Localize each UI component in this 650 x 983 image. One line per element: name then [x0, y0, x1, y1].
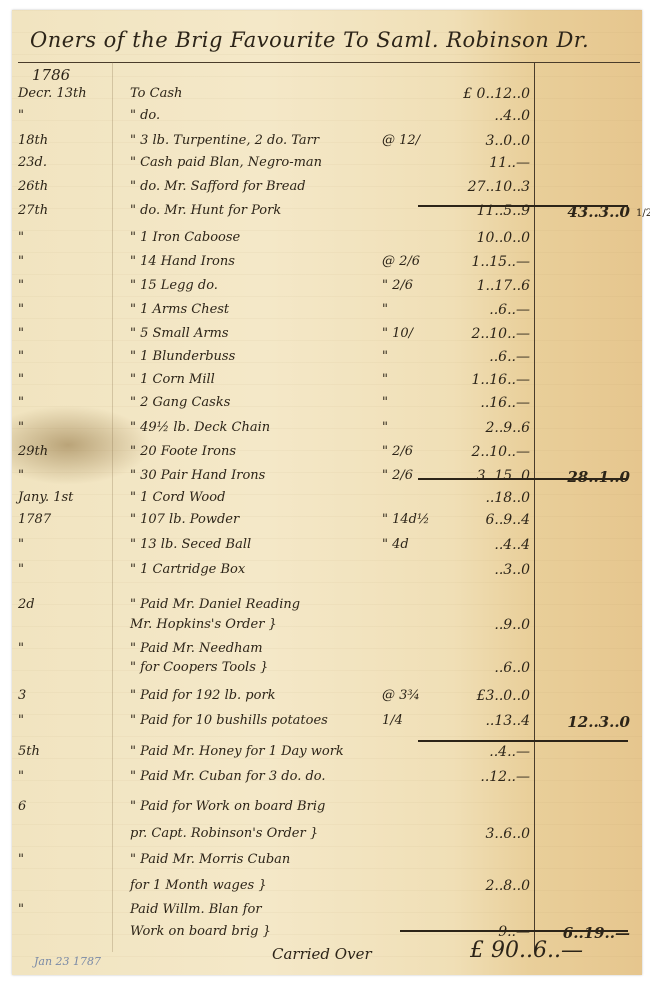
entry-description: " Paid Mr. Honey for 1 Day work	[130, 744, 344, 759]
entry-date: 18th	[18, 133, 108, 148]
entry-amount: ..4..—	[440, 744, 530, 760]
ledger-row: 23d." Cash paid Blan, Negro-man11..—	[0, 155, 650, 177]
ledger-row: 1787" 107 lb. Powder" 14d½6..9..4	[0, 512, 650, 534]
entry-rate: " 2/6	[382, 468, 446, 483]
entry-amount: ..13..4	[440, 713, 530, 729]
entry-date: "	[18, 769, 108, 784]
year-heading: 1786	[32, 66, 70, 84]
entry-rate: "	[382, 349, 446, 364]
ledger-row: "" do...4..0	[0, 108, 650, 130]
ledger-row: "" 15 Legg do." 2/61..17..6	[0, 278, 650, 300]
entry-description: " Cash paid Blan, Negro-man	[130, 155, 322, 170]
entry-amount: £ 0..12..0	[440, 86, 530, 102]
entry-date: "	[18, 230, 108, 245]
entry-date: 29th	[18, 444, 108, 459]
entry-date: "	[18, 902, 108, 917]
ledger-row: "Paid Willm. Blan for	[0, 902, 650, 924]
entry-amount: ..4..0	[440, 108, 530, 124]
entry-amount: 2..9..6	[440, 420, 530, 436]
entry-amount: 3..6..0	[440, 826, 530, 842]
entry-description: " 1 Cartridge Box	[130, 562, 245, 577]
ledger-title: Oners of the Brig Favourite To Saml. Rob…	[30, 28, 589, 52]
entry-date: "	[18, 537, 108, 552]
entry-amount: ..12..—	[440, 769, 530, 785]
entry-amount: £3..0..0	[440, 688, 530, 704]
entry-date: "	[18, 852, 108, 867]
entry-date: "	[18, 395, 108, 410]
entry-rate: "	[382, 395, 446, 410]
entry-description: " Paid for 192 lb. pork	[130, 688, 276, 703]
entry-date: "	[18, 468, 108, 483]
entry-rate: " 14d½	[382, 512, 446, 527]
entry-description: " Paid Mr. Morris Cuban	[130, 852, 290, 867]
ledger-row: 5th" Paid Mr. Honey for 1 Day work..4..—	[0, 744, 650, 766]
entry-rate: 1/4	[382, 713, 446, 728]
subtotal-rule	[400, 930, 628, 932]
entry-rate: @ 3¾	[382, 688, 446, 703]
entry-amount: ..9..0	[440, 617, 530, 633]
entry-date: 2d	[18, 597, 108, 612]
ledger-row: "" 1 Arms Chest"..6..—	[0, 302, 650, 324]
entry-rate: "	[382, 372, 446, 387]
entry-rate: " 2/6	[382, 444, 446, 459]
ledger-row: "" 2 Gang Casks"..16..—	[0, 395, 650, 417]
ledger-row: pr. Capt. Robinson's Order }3..6..0	[0, 826, 650, 848]
entry-description: " 1 Iron Caboose	[130, 230, 240, 245]
entry-date: "	[18, 278, 108, 293]
entry-description: " Paid for 10 bushills potatoes	[130, 713, 328, 728]
ledger-row: "" Paid Mr. Cuban for 3 do. do...12..—	[0, 769, 650, 791]
entry-date: "	[18, 372, 108, 387]
archival-stamp: Jan 23 1787	[34, 955, 101, 968]
entry-subtotal: 28..1..0	[540, 468, 630, 486]
ledger-row: "" 5 Small Arms" 10/2..10..—	[0, 326, 650, 348]
entry-amount: 6..9..4	[440, 512, 530, 528]
ledger-row: 3" Paid for 192 lb. pork@ 3¾£3..0..0	[0, 688, 650, 710]
entry-amount: 1..16..—	[440, 372, 530, 388]
entry-description: To Cash	[130, 86, 182, 101]
entry-description: " do. Mr. Safford for Bread	[130, 179, 306, 194]
ledger-row: "" Paid for 10 bushills potatoes1/4..13.…	[0, 713, 650, 735]
entry-description: " 30 Pair Hand Irons	[130, 468, 265, 483]
entry-subtotal: 12..3..0	[540, 713, 630, 731]
entry-description: for 1 Month wages }	[130, 878, 267, 893]
entry-description: " 5 Small Arms	[130, 326, 229, 341]
subtotal-rule	[418, 205, 628, 207]
entry-rate: " 2/6	[382, 278, 446, 293]
entry-description: Mr. Hopkins's Order }	[130, 617, 277, 632]
entry-date: "	[18, 108, 108, 123]
subtotal-rule	[418, 740, 628, 742]
entry-rate: @ 12/	[382, 133, 446, 148]
entry-description: " 49½ lb. Deck Chain	[130, 420, 270, 435]
ledger-row: Decr. 13thTo Cash£ 0..12..0	[0, 86, 650, 108]
entry-date: "	[18, 349, 108, 364]
entry-description: " 107 lb. Powder	[130, 512, 239, 527]
entry-description: " do.	[130, 108, 160, 123]
entry-amount: 2..10..—	[440, 326, 530, 342]
entry-date: 1787	[18, 512, 108, 527]
entry-description: pr. Capt. Robinson's Order }	[130, 826, 318, 841]
entry-description: " 2 Gang Casks	[130, 395, 230, 410]
ledger-row: "" 1 Cartridge Box..3..0	[0, 562, 650, 584]
entry-description: " Paid for Work on board Brig	[130, 799, 325, 814]
entry-amount: ..3..0	[440, 562, 530, 578]
ledger-row: 6" Paid for Work on board Brig	[0, 799, 650, 821]
ledger-row: 2d" Paid Mr. Daniel Reading	[0, 597, 650, 619]
entry-rate: " 4d	[382, 537, 446, 552]
ledger-row: "" 14 Hand Irons@ 2/61..15..—	[0, 254, 650, 276]
entry-date: 27th	[18, 203, 108, 218]
entry-amount: 2..8..0	[440, 878, 530, 894]
entry-rate: " 10/	[382, 326, 446, 341]
entry-amount: 27..10..3	[440, 179, 530, 195]
entry-rate: "	[382, 302, 446, 317]
ledger-row: "" Paid Mr. Morris Cuban	[0, 852, 650, 874]
entry-description: " 1 Cord Wood	[130, 490, 225, 505]
entry-date: "	[18, 641, 108, 656]
entry-date: 5th	[18, 744, 108, 759]
entry-date: "	[18, 562, 108, 577]
ledger-row: Mr. Hopkins's Order }..9..0	[0, 617, 650, 639]
entry-amount: ..18..0	[440, 490, 530, 506]
grand-total: £ 90..6..—	[470, 938, 583, 963]
ledger-row: "" 1 Corn Mill"1..16..—	[0, 372, 650, 394]
entry-description: " 13 lb. Seced Ball	[130, 537, 251, 552]
entry-date: Jany. 1st	[18, 490, 108, 505]
entry-date: "	[18, 302, 108, 317]
ledger-row: "" 49½ lb. Deck Chain"2..9..6	[0, 420, 650, 442]
entry-amount: 2..10..—	[440, 444, 530, 460]
entry-amount: ..6..0	[440, 660, 530, 676]
ledger-row: 18th" 3 lb. Turpentine, 2 do. Tarr@ 12/3…	[0, 133, 650, 155]
entry-description: " do. Mr. Hunt for Pork	[130, 203, 281, 218]
entry-rate: @ 2/6	[382, 254, 446, 269]
entry-description: " 3 lb. Turpentine, 2 do. Tarr	[130, 133, 319, 148]
entry-amount: ..6..—	[440, 302, 530, 318]
ledger-row: 26th" do. Mr. Safford for Bread27..10..3	[0, 179, 650, 201]
entry-amount: ..6..—	[440, 349, 530, 365]
entry-amount: 3..15..0	[440, 468, 530, 484]
entry-amount: 3..0..0	[440, 133, 530, 149]
entry-description: " 14 Hand Irons	[130, 254, 235, 269]
entry-date: "	[18, 254, 108, 269]
entry-description: " Paid Mr. Cuban for 3 do. do.	[130, 769, 326, 784]
entry-date: 26th	[18, 179, 108, 194]
entry-description: " 1 Arms Chest	[130, 302, 229, 317]
entry-rate: "	[382, 420, 446, 435]
entry-amount: 1..15..—	[440, 254, 530, 270]
entry-date: "	[18, 326, 108, 341]
entry-description: " for Coopers Tools }	[130, 660, 268, 675]
entry-amount: 10..0..0	[440, 230, 530, 246]
entry-description: " 1 Blunderbuss	[130, 349, 235, 364]
entry-amount: 1..17..6	[440, 278, 530, 294]
ledger-row: Jany. 1st" 1 Cord Wood..18..0	[0, 490, 650, 512]
entry-date: 6	[18, 799, 108, 814]
entry-description: " Paid Mr. Needham	[130, 641, 263, 656]
entry-date: 23d.	[18, 155, 108, 170]
ledger-row: "" 13 lb. Seced Ball" 4d..4..4	[0, 537, 650, 559]
ledger-row: "" 1 Blunderbuss"..6..—	[0, 349, 650, 371]
entry-description: " 1 Corn Mill	[130, 372, 215, 387]
entry-description: " 20 Foote Irons	[130, 444, 236, 459]
ledger-row: "" 1 Iron Caboose10..0..0	[0, 230, 650, 252]
entry-date: "	[18, 713, 108, 728]
entry-description: Paid Willm. Blan for	[130, 902, 262, 917]
entry-description: " Paid Mr. Daniel Reading	[130, 597, 300, 612]
entry-description: Work on board brig }	[130, 924, 271, 939]
entry-amount: ..4..4	[440, 537, 530, 553]
carried-over-label: Carried Over	[272, 945, 372, 963]
entry-date: 3	[18, 688, 108, 703]
entry-date: Decr. 13th	[18, 86, 108, 101]
subtotal-rule	[418, 478, 628, 480]
entry-date: "	[18, 420, 108, 435]
entry-description: " 15 Legg do.	[130, 278, 218, 293]
ledger-row: for 1 Month wages }2..8..0	[0, 878, 650, 900]
entry-amount: 11..—	[440, 155, 530, 171]
ledger-row: 29th" 20 Foote Irons" 2/62..10..—	[0, 444, 650, 466]
ledger-row: " for Coopers Tools }..6..0	[0, 660, 650, 682]
entry-amount: ..16..—	[440, 395, 530, 411]
